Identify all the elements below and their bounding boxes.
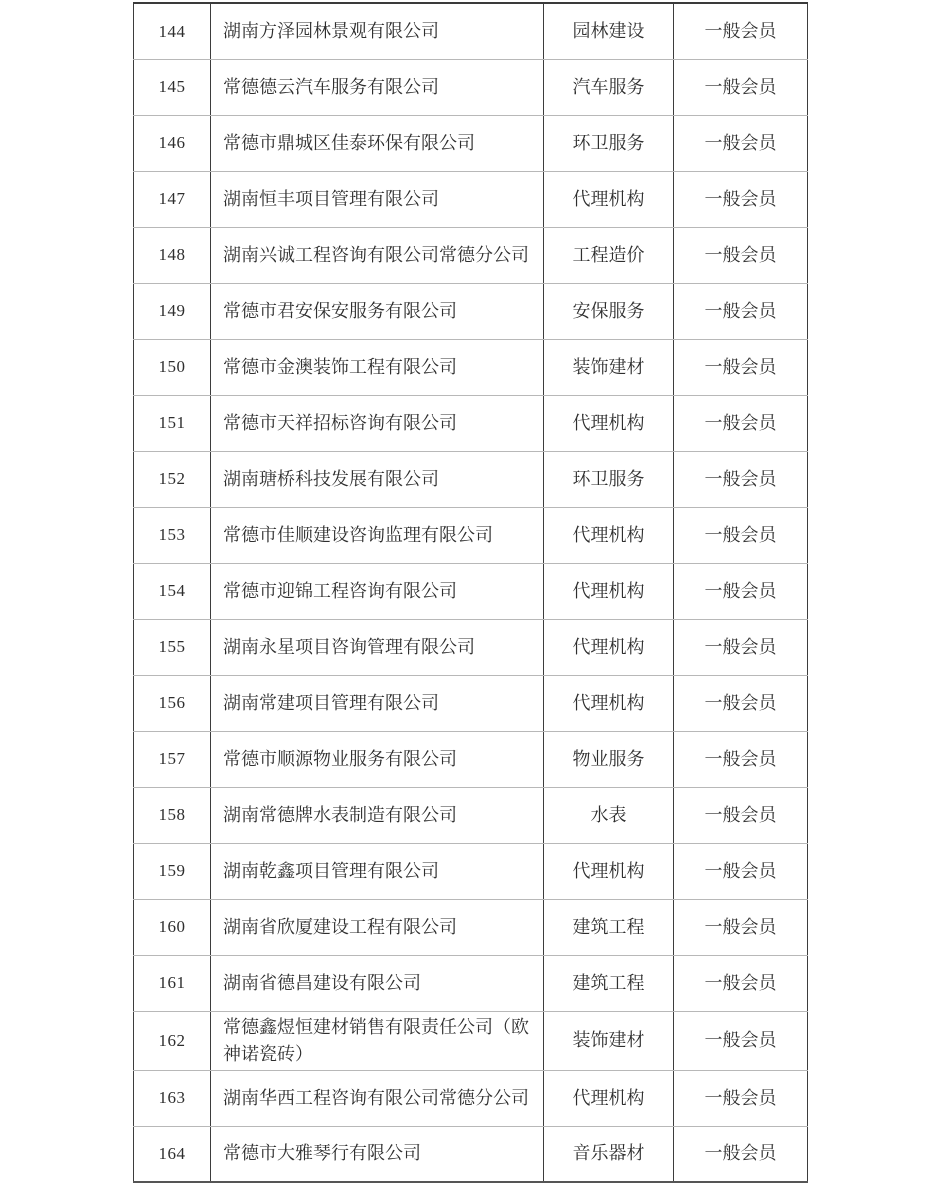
- row-number: 152: [134, 451, 211, 507]
- membership-level: 一般会员: [674, 1070, 808, 1126]
- row-number: 161: [134, 955, 211, 1011]
- company-name: 湖南省德昌建设有限公司: [211, 955, 544, 1011]
- company-name: 湖南瑭桥科技发展有限公司: [211, 451, 544, 507]
- row-number: 160: [134, 899, 211, 955]
- table-row: 155 湖南永星项目咨询管理有限公司 代理机构 一般会员: [134, 619, 808, 675]
- business-category: 水表: [544, 787, 674, 843]
- membership-level: 一般会员: [674, 675, 808, 731]
- membership-level: 一般会员: [674, 955, 808, 1011]
- membership-level: 一般会员: [674, 899, 808, 955]
- company-name: 常德市君安保安服务有限公司: [211, 283, 544, 339]
- table-row: 150 常德市金澳装饰工程有限公司 装饰建材 一般会员: [134, 339, 808, 395]
- business-category: 工程造价: [544, 227, 674, 283]
- membership-level: 一般会员: [674, 171, 808, 227]
- table-row: 153 常德市佳顺建设咨询监理有限公司 代理机构 一般会员: [134, 507, 808, 563]
- membership-level: 一般会员: [674, 731, 808, 787]
- business-category: 建筑工程: [544, 899, 674, 955]
- table-row: 156 湖南常建项目管理有限公司 代理机构 一般会员: [134, 675, 808, 731]
- company-name: 湖南华西工程咨询有限公司常德分公司: [211, 1070, 544, 1126]
- row-number: 159: [134, 843, 211, 899]
- row-number: 163: [134, 1070, 211, 1126]
- company-name: 湖南永星项目咨询管理有限公司: [211, 619, 544, 675]
- business-category: 代理机构: [544, 675, 674, 731]
- company-name: 湖南常德牌水表制造有限公司: [211, 787, 544, 843]
- row-number: 149: [134, 283, 211, 339]
- member-table: 144 湖南方泽园林景观有限公司 园林建设 一般会员 145 常德德云汽车服务有…: [133, 2, 808, 1183]
- business-category: 汽车服务: [544, 59, 674, 115]
- row-number: 145: [134, 59, 211, 115]
- business-category: 代理机构: [544, 507, 674, 563]
- row-number: 156: [134, 675, 211, 731]
- table-body: 144 湖南方泽园林景观有限公司 园林建设 一般会员 145 常德德云汽车服务有…: [134, 3, 808, 1182]
- document-page: 144 湖南方泽园林景观有限公司 园林建设 一般会员 145 常德德云汽车服务有…: [133, 2, 807, 1183]
- membership-level: 一般会员: [674, 115, 808, 171]
- company-name: 湖南方泽园林景观有限公司: [211, 3, 544, 59]
- table-row: 152 湖南瑭桥科技发展有限公司 环卫服务 一般会员: [134, 451, 808, 507]
- table-row: 157 常德市顺源物业服务有限公司 物业服务 一般会员: [134, 731, 808, 787]
- company-name: 常德市顺源物业服务有限公司: [211, 731, 544, 787]
- business-category: 代理机构: [544, 171, 674, 227]
- table-row: 162 常德鑫煜恒建材销售有限责任公司（欧神诺瓷砖） 装饰建材 一般会员: [134, 1011, 808, 1070]
- membership-level: 一般会员: [674, 59, 808, 115]
- table-row: 163 湖南华西工程咨询有限公司常德分公司 代理机构 一般会员: [134, 1070, 808, 1126]
- company-name: 常德鑫煜恒建材销售有限责任公司（欧神诺瓷砖）: [211, 1011, 544, 1070]
- row-number: 162: [134, 1011, 211, 1070]
- table-row: 151 常德市天祥招标咨询有限公司 代理机构 一般会员: [134, 395, 808, 451]
- row-number: 164: [134, 1126, 211, 1182]
- membership-level: 一般会员: [674, 339, 808, 395]
- table-row: 149 常德市君安保安服务有限公司 安保服务 一般会员: [134, 283, 808, 339]
- membership-level: 一般会员: [674, 1011, 808, 1070]
- membership-level: 一般会员: [674, 787, 808, 843]
- row-number: 153: [134, 507, 211, 563]
- row-number: 148: [134, 227, 211, 283]
- company-name: 常德市迎锦工程咨询有限公司: [211, 563, 544, 619]
- company-name: 常德市金澳装饰工程有限公司: [211, 339, 544, 395]
- company-name: 湖南常建项目管理有限公司: [211, 675, 544, 731]
- business-category: 代理机构: [544, 395, 674, 451]
- row-number: 147: [134, 171, 211, 227]
- membership-level: 一般会员: [674, 563, 808, 619]
- business-category: 音乐器材: [544, 1126, 674, 1182]
- company-name: 常德市大雅琴行有限公司: [211, 1126, 544, 1182]
- company-name: 常德市天祥招标咨询有限公司: [211, 395, 544, 451]
- row-number: 146: [134, 115, 211, 171]
- business-category: 安保服务: [544, 283, 674, 339]
- business-category: 代理机构: [544, 1070, 674, 1126]
- table-row: 160 湖南省欣厦建设工程有限公司 建筑工程 一般会员: [134, 899, 808, 955]
- business-category: 环卫服务: [544, 115, 674, 171]
- membership-level: 一般会员: [674, 451, 808, 507]
- company-name: 常德市佳顺建设咨询监理有限公司: [211, 507, 544, 563]
- membership-level: 一般会员: [674, 283, 808, 339]
- table-row: 154 常德市迎锦工程咨询有限公司 代理机构 一般会员: [134, 563, 808, 619]
- row-number: 158: [134, 787, 211, 843]
- business-category: 装饰建材: [544, 1011, 674, 1070]
- business-category: 代理机构: [544, 619, 674, 675]
- row-number: 151: [134, 395, 211, 451]
- company-name: 湖南乾鑫项目管理有限公司: [211, 843, 544, 899]
- business-category: 环卫服务: [544, 451, 674, 507]
- table-row: 159 湖南乾鑫项目管理有限公司 代理机构 一般会员: [134, 843, 808, 899]
- company-name: 常德市鼎城区佳泰环保有限公司: [211, 115, 544, 171]
- row-number: 150: [134, 339, 211, 395]
- row-number: 144: [134, 3, 211, 59]
- membership-level: 一般会员: [674, 619, 808, 675]
- membership-level: 一般会员: [674, 3, 808, 59]
- membership-level: 一般会员: [674, 395, 808, 451]
- row-number: 155: [134, 619, 211, 675]
- table-row: 147 湖南恒丰项目管理有限公司 代理机构 一般会员: [134, 171, 808, 227]
- membership-level: 一般会员: [674, 1126, 808, 1182]
- table-row: 161 湖南省德昌建设有限公司 建筑工程 一般会员: [134, 955, 808, 1011]
- table-row: 144 湖南方泽园林景观有限公司 园林建设 一般会员: [134, 3, 808, 59]
- membership-level: 一般会员: [674, 843, 808, 899]
- business-category: 代理机构: [544, 843, 674, 899]
- company-name: 湖南恒丰项目管理有限公司: [211, 171, 544, 227]
- row-number: 154: [134, 563, 211, 619]
- table-row: 164 常德市大雅琴行有限公司 音乐器材 一般会员: [134, 1126, 808, 1182]
- table-row: 146 常德市鼎城区佳泰环保有限公司 环卫服务 一般会员: [134, 115, 808, 171]
- business-category: 代理机构: [544, 563, 674, 619]
- table-row: 158 湖南常德牌水表制造有限公司 水表 一般会员: [134, 787, 808, 843]
- business-category: 物业服务: [544, 731, 674, 787]
- membership-level: 一般会员: [674, 227, 808, 283]
- membership-level: 一般会员: [674, 507, 808, 563]
- row-number: 157: [134, 731, 211, 787]
- company-name: 湖南省欣厦建设工程有限公司: [211, 899, 544, 955]
- table-row: 148 湖南兴诚工程咨询有限公司常德分公司 工程造价 一般会员: [134, 227, 808, 283]
- business-category: 装饰建材: [544, 339, 674, 395]
- company-name: 常德德云汽车服务有限公司: [211, 59, 544, 115]
- table-row: 145 常德德云汽车服务有限公司 汽车服务 一般会员: [134, 59, 808, 115]
- company-name: 湖南兴诚工程咨询有限公司常德分公司: [211, 227, 544, 283]
- business-category: 建筑工程: [544, 955, 674, 1011]
- business-category: 园林建设: [544, 3, 674, 59]
